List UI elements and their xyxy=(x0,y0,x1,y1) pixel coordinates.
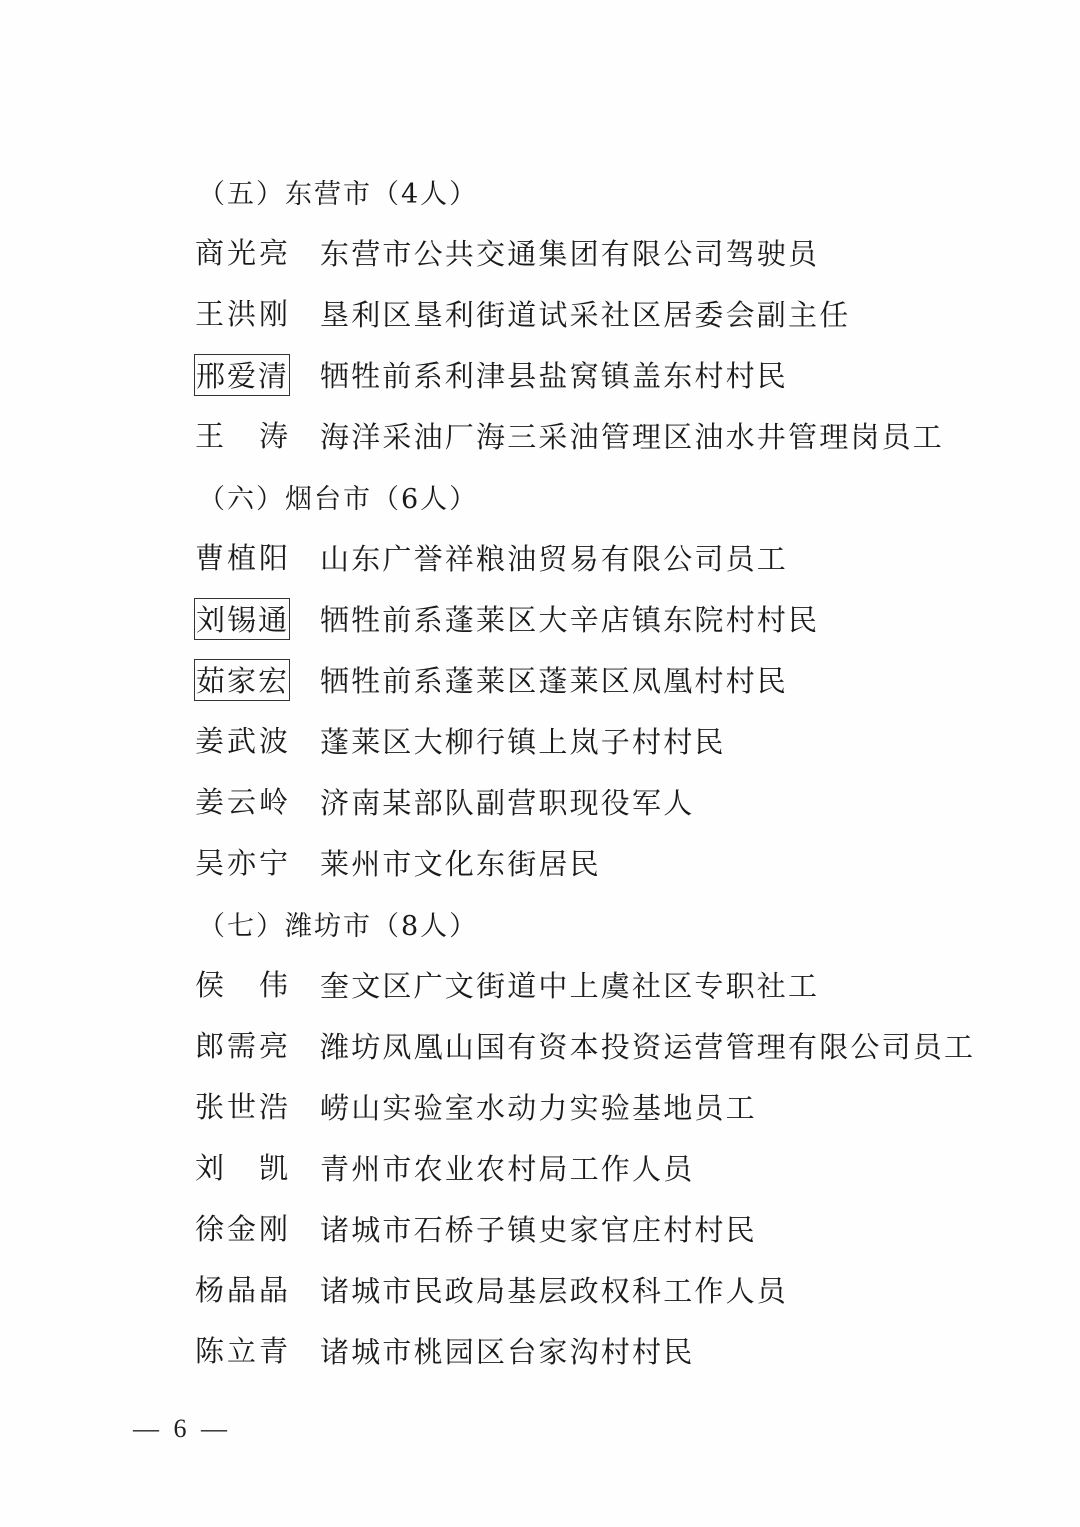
person-name-boxed: 刘锡通 xyxy=(194,598,290,640)
person-role: 牺牲前系利津县盐窝镇盖东村村民 xyxy=(320,354,788,395)
list-item: 吴亦宁 莱州市文化东街居民 xyxy=(194,832,974,893)
list-item: 刘 凯 青州市农业农村局工作人员 xyxy=(194,1137,974,1198)
person-name-boxed: 邢爱清 xyxy=(194,354,290,396)
person-role: 诸城市石桥子镇史家官庄村村民 xyxy=(320,1208,757,1249)
person-role: 诸城市民政局基层政权科工作人员 xyxy=(320,1269,788,1310)
person-role: 海洋采油厂海三采油管理区油水井管理岗员工 xyxy=(320,415,944,456)
honoree-list: （五）东营市（4人） 商光亮 东营市公共交通集团有限公司驾驶员 王洪刚 垦利区垦… xyxy=(194,161,974,1381)
list-item: 姜武波 蓬莱区大柳行镇上岚子村村民 xyxy=(194,710,974,771)
person-name: 姜武波 xyxy=(194,720,290,762)
list-item: 杨晶晶 诸城市民政局基层政权科工作人员 xyxy=(194,1259,974,1320)
person-role: 崂山实验室水动力实验基地员工 xyxy=(320,1086,757,1127)
section-header-yantai: （六）烟台市（6人） xyxy=(194,466,974,527)
list-item: 郎需亮 潍坊凤凰山国有资本投资运营管理有限公司员工 xyxy=(194,1015,974,1076)
list-item: 王 涛 海洋采油厂海三采油管理区油水井管理岗员工 xyxy=(194,405,974,466)
person-role: 山东广誉祥粮油贸易有限公司员工 xyxy=(320,537,788,578)
person-name: 商光亮 xyxy=(194,232,290,274)
person-name: 姜云岭 xyxy=(194,781,290,823)
list-item: 邢爱清 牺牲前系利津县盐窝镇盖东村村民 xyxy=(194,344,974,405)
person-role: 垦利区垦利街道试采社区居委会副主任 xyxy=(320,293,850,334)
person-role: 蓬莱区大柳行镇上岚子村村民 xyxy=(320,720,726,761)
section-header-text: （六）烟台市（6人） xyxy=(198,477,478,516)
person-name: 曹植阳 xyxy=(194,537,290,579)
person-name: 王洪刚 xyxy=(194,293,290,335)
list-item: 王洪刚 垦利区垦利街道试采社区居委会副主任 xyxy=(194,283,974,344)
person-role: 济南某部队副营职现役军人 xyxy=(320,781,694,822)
person-name: 张世浩 xyxy=(194,1086,290,1128)
person-name: 吴亦宁 xyxy=(194,842,290,884)
person-name: 郎需亮 xyxy=(194,1025,290,1067)
person-role: 潍坊凤凰山国有资本投资运营管理有限公司员工 xyxy=(320,1025,975,1066)
person-name: 杨晶晶 xyxy=(194,1269,290,1311)
document-page: （五）东营市（4人） 商光亮 东营市公共交通集团有限公司驾驶员 王洪刚 垦利区垦… xyxy=(0,0,1080,1527)
list-item: 侯 伟 奎文区广文街道中上虞社区专职社工 xyxy=(194,954,974,1015)
list-item: 陈立青 诸城市桃园区台家沟村村民 xyxy=(194,1320,974,1381)
list-item: 刘锡通 牺牲前系蓬莱区大辛店镇东院村村民 xyxy=(194,588,974,649)
person-name: 王 涛 xyxy=(194,415,290,457)
section-header-dongying: （五）东营市（4人） xyxy=(194,161,974,222)
person-role: 青州市农业农村局工作人员 xyxy=(320,1147,694,1188)
list-item: 姜云岭 济南某部队副营职现役军人 xyxy=(194,771,974,832)
person-name: 侯 伟 xyxy=(194,964,290,1006)
list-item: 茹家宏 牺牲前系蓬莱区蓬莱区凤凰村村民 xyxy=(194,649,974,710)
list-item: 曹植阳 山东广誉祥粮油贸易有限公司员工 xyxy=(194,527,974,588)
person-name: 陈立青 xyxy=(194,1330,290,1372)
section-header-weifang: （七）潍坊市（8人） xyxy=(194,893,974,954)
list-item: 商光亮 东营市公共交通集团有限公司驾驶员 xyxy=(194,222,974,283)
list-item: 张世浩 崂山实验室水动力实验基地员工 xyxy=(194,1076,974,1137)
person-role: 东营市公共交通集团有限公司驾驶员 xyxy=(320,232,819,273)
person-role: 牺牲前系蓬莱区蓬莱区凤凰村村民 xyxy=(320,659,788,700)
person-name: 刘 凯 xyxy=(194,1147,290,1189)
person-role: 牺牲前系蓬莱区大辛店镇东院村村民 xyxy=(320,598,819,639)
person-role: 莱州市文化东街居民 xyxy=(320,842,601,883)
section-header-text: （七）潍坊市（8人） xyxy=(198,904,478,943)
person-name: 徐金刚 xyxy=(194,1208,290,1250)
person-role: 诸城市桃园区台家沟村村民 xyxy=(320,1330,694,1371)
person-name-boxed: 茹家宏 xyxy=(194,659,290,701)
page-number: — 6 — xyxy=(133,1414,231,1444)
list-item: 徐金刚 诸城市石桥子镇史家官庄村村民 xyxy=(194,1198,974,1259)
section-header-text: （五）东营市（4人） xyxy=(198,172,478,211)
person-role: 奎文区广文街道中上虞社区专职社工 xyxy=(320,964,819,1005)
